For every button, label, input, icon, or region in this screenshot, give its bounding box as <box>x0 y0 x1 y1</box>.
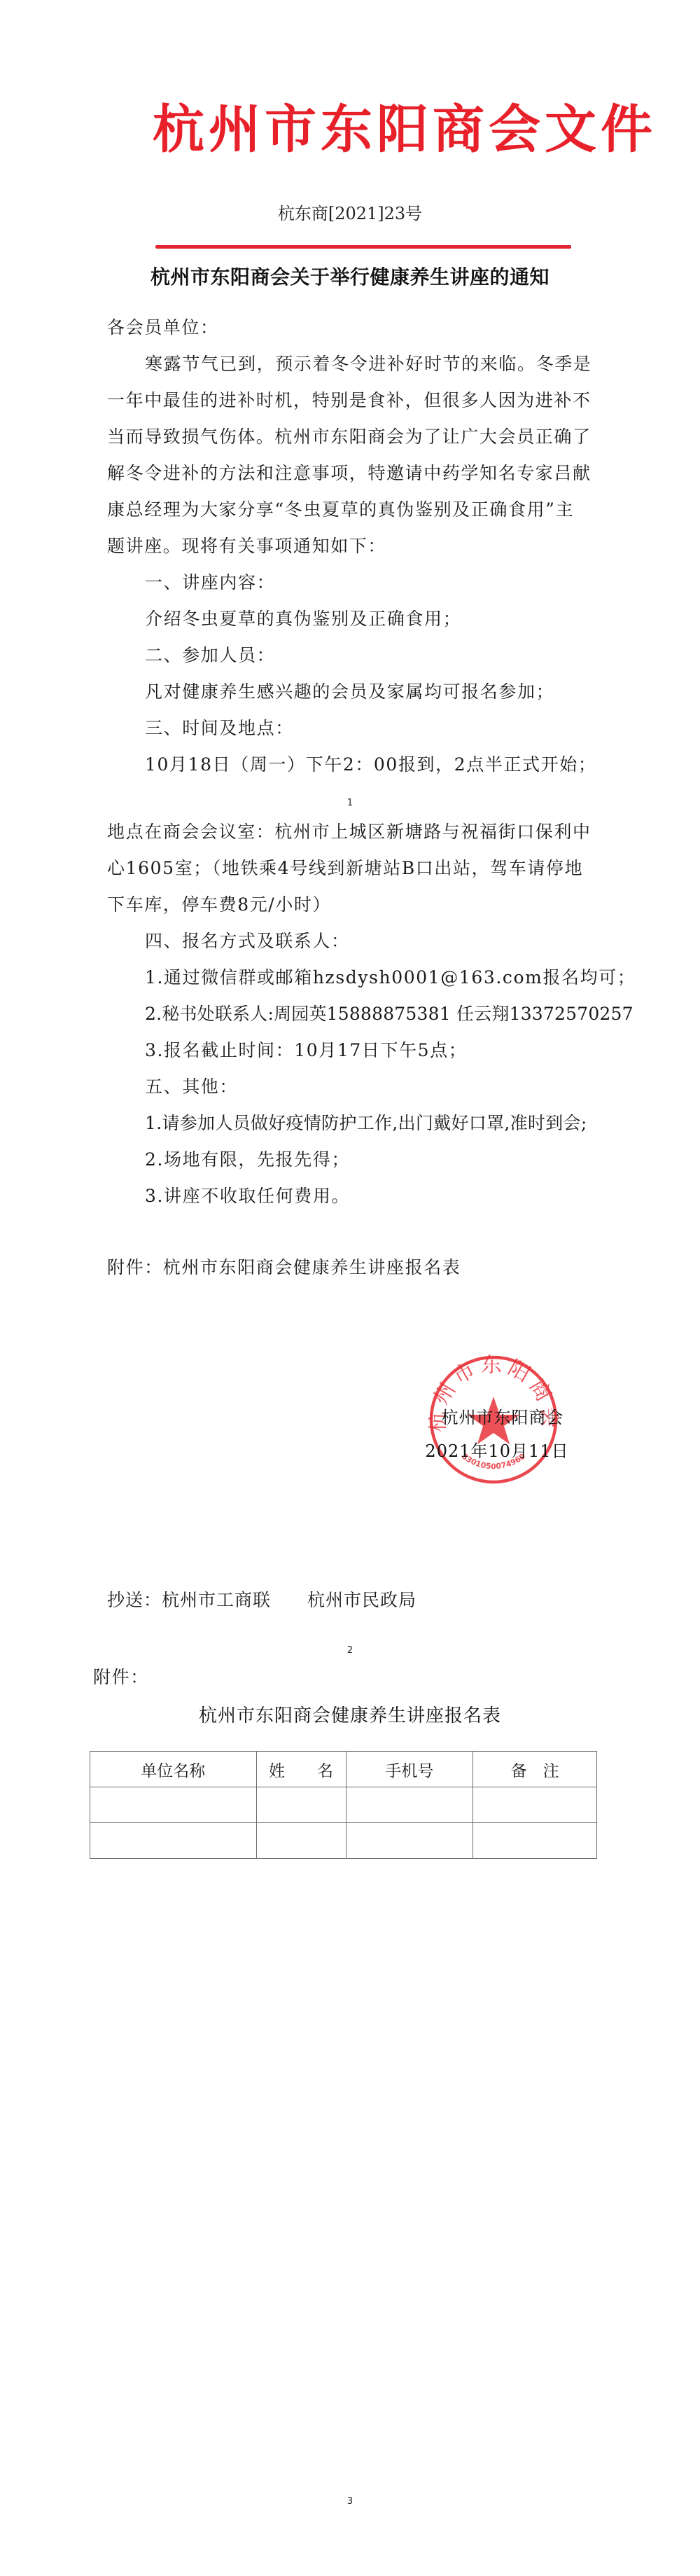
section-heading-participants: 二、参加人员： <box>145 644 635 667</box>
column-header-unit-name: 单位名称 <box>90 1752 257 1787</box>
attachment-note: 附件：杭州市东阳商会健康养生讲座报名表 <box>107 1256 597 1280</box>
intro-line: 当而导致损气伤体。杭州市东阳商会为了让广大会员正确了 <box>107 425 597 449</box>
column-header-phone: 手机号 <box>346 1752 473 1787</box>
table-cell-remarks[interactable] <box>473 1787 597 1823</box>
table-cell-remarks[interactable] <box>473 1823 597 1859</box>
table-cell-name[interactable] <box>256 1823 346 1859</box>
column-header-remarks: 备 注 <box>473 1752 597 1787</box>
table-cell-unit-name[interactable] <box>90 1787 257 1823</box>
signature-date: 2021年10月11日 <box>413 1440 581 1462</box>
registration-table: 单位名称 姓 名 手机号 备 注 <box>90 1751 597 1859</box>
intro-line: 题讲座。现将有关事项通知如下： <box>107 534 597 558</box>
attachment-label: 附件： <box>93 1666 583 1689</box>
registration-deadline: 3.报名截止时间：10月17日下午5点； <box>145 1039 635 1062</box>
table-row <box>90 1823 597 1859</box>
table-cell-name[interactable] <box>256 1787 346 1823</box>
table-cell-phone[interactable] <box>346 1787 473 1823</box>
section-heading-registration: 四、报名方式及联系人： <box>145 929 635 953</box>
registration-item: 1.通过微信群或邮箱hzsdysh0001@163.com报名均可； <box>145 966 635 990</box>
table-cell-phone[interactable] <box>346 1823 473 1859</box>
document-number: 杭东商[2021]23号 <box>0 203 700 224</box>
page-number-3: 3 <box>0 2496 700 2507</box>
document-header-title: 杭州市东阳商会文件 <box>153 97 587 163</box>
event-time: 10月18日（周一）下午2：00报到，2点半正式开始； <box>145 753 635 777</box>
event-location-line: 地点在商会会议室：杭州市上城区新塘路与祝福街口保利中 <box>107 820 597 844</box>
page-number-2: 2 <box>0 1645 700 1656</box>
section-heading-other: 五、其他： <box>145 1075 635 1099</box>
notice-title: 杭州市东阳商会关于举行健康养生讲座的通知 <box>0 263 700 291</box>
page-number-1: 1 <box>0 798 700 809</box>
cc-recipients: 抄送：杭州市工商联 杭州市民政局 <box>107 1588 597 1612</box>
column-header-name: 姓 名 <box>256 1752 346 1787</box>
other-item: 2.场地有限，先报先得； <box>145 1148 635 1172</box>
intro-line: 寒露节气已到，预示着冬令进补好时节的来临。冬季是 <box>145 352 635 376</box>
salutation: 各会员单位： <box>107 316 597 340</box>
intro-line: 康总经理为大家分享“冬虫夏草的真伪鉴别及正确食用”主 <box>107 498 597 522</box>
event-location-line: 心1605室；（地铁乘4号线到新塘站B口出站，驾车请停地 <box>107 857 597 880</box>
registration-form-title: 杭州市东阳商会健康养生讲座报名表 <box>0 1703 700 1729</box>
registration-contacts: 2.秘书处联系人:周园英15888875381 任云翔13372570257 <box>145 1002 635 1026</box>
intro-line: 解冬令进补的方法和注意事项，特邀请中药学知名专家吕献 <box>107 462 597 485</box>
section-heading-time-place: 三、时间及地点： <box>145 716 635 740</box>
table-header-row: 单位名称 姓 名 手机号 备 注 <box>90 1752 597 1787</box>
other-item: 3.讲座不收取任何费用。 <box>145 1184 635 1208</box>
other-item: 1.请参加人员做好疫情防护工作,出门戴好口罩,准时到会; <box>145 1112 635 1135</box>
section-heading-content: 一、讲座内容： <box>145 571 635 595</box>
intro-line: 一年中最佳的进补时机，特别是食补，但很多人因为进补不 <box>107 389 597 413</box>
section-body-participants: 凡对健康养生感兴趣的会员及家属均可报名参加； <box>145 680 635 704</box>
section-body-content: 介绍冬虫夏草的真伪鉴别及正确食用； <box>145 607 635 631</box>
red-divider-rule <box>155 245 571 249</box>
table-row <box>90 1787 597 1823</box>
event-location-line: 下车库，停车费8元/小时） <box>107 893 597 917</box>
signature-org: 杭州市东阳商会 <box>419 1406 587 1429</box>
table-cell-unit-name[interactable] <box>90 1823 257 1859</box>
